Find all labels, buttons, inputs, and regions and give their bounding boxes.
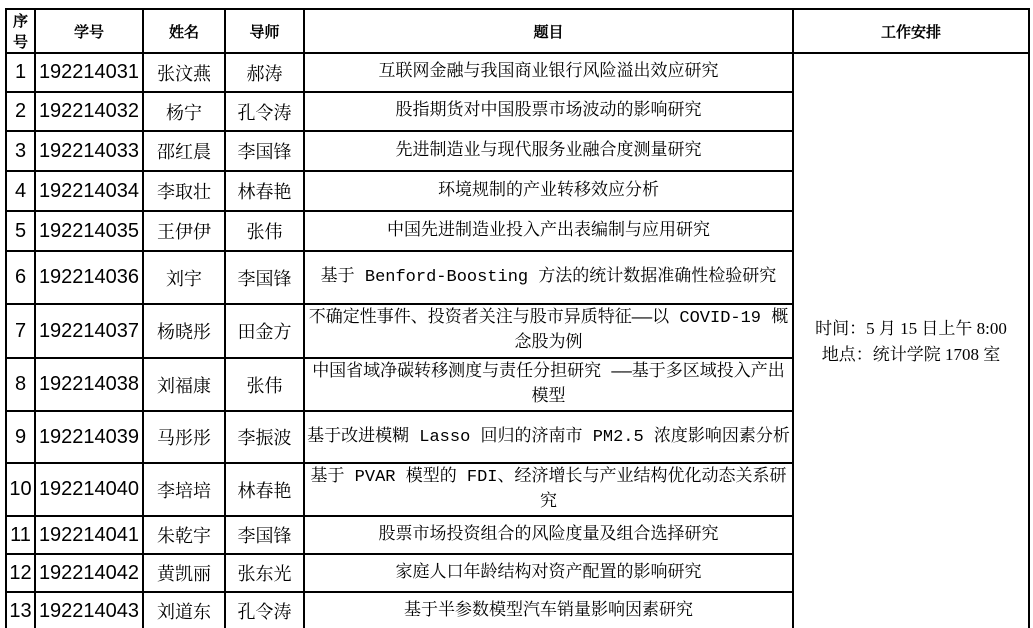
cell-no: 6 xyxy=(6,251,35,304)
cell-no: 7 xyxy=(6,304,35,358)
cell-advisor: 张东光 xyxy=(225,554,304,592)
cell-student-id: 192214036 xyxy=(35,251,143,304)
cell-name: 李取壮 xyxy=(143,171,225,211)
cell-thesis-title: 基于改进模糊 Lasso 回归的济南市 PM2.5 浓度影响因素分析 xyxy=(304,411,793,463)
cell-no: 11 xyxy=(6,516,35,554)
cell-student-id: 192214042 xyxy=(35,554,143,592)
header-work-arrangement: 工作安排 xyxy=(793,9,1029,53)
cell-student-id: 192214041 xyxy=(35,516,143,554)
cell-name: 刘宇 xyxy=(143,251,225,304)
defense-schedule-table: 序号 学号 姓名 导师 题目 工作安排 1 192214031 张汶燕 郝涛 互… xyxy=(5,8,1030,628)
work-time-line: 时间：5 月 15 日上午 8:00 xyxy=(796,316,1026,342)
cell-no: 5 xyxy=(6,211,35,251)
cell-name: 朱乾宇 xyxy=(143,516,225,554)
header-name: 姓名 xyxy=(143,9,225,53)
cell-name: 杨晓彤 xyxy=(143,304,225,358)
cell-name: 刘福康 xyxy=(143,358,225,411)
header-no: 序号 xyxy=(6,9,35,53)
cell-no: 3 xyxy=(6,131,35,171)
cell-student-id: 192214043 xyxy=(35,592,143,628)
cell-advisor: 孔令涛 xyxy=(225,92,304,131)
cell-student-id: 192214038 xyxy=(35,358,143,411)
cell-name: 张汶燕 xyxy=(143,53,225,92)
header-student-id: 学号 xyxy=(35,9,143,53)
cell-name: 王伊伊 xyxy=(143,211,225,251)
cell-no: 12 xyxy=(6,554,35,592)
cell-no: 8 xyxy=(6,358,35,411)
cell-thesis-title: 环境规制的产业转移效应分析 xyxy=(304,171,793,211)
header-row: 序号 学号 姓名 导师 题目 工作安排 xyxy=(6,9,1029,53)
cell-advisor: 张伟 xyxy=(225,211,304,251)
cell-name: 黄凯丽 xyxy=(143,554,225,592)
cell-no: 9 xyxy=(6,411,35,463)
cell-thesis-title: 不确定性事件、投资者关注与股市异质特征——以 COVID-19 概念股为例 xyxy=(304,304,793,358)
cell-thesis-title: 股指期货对中国股票市场波动的影响研究 xyxy=(304,92,793,131)
cell-name: 邵红晨 xyxy=(143,131,225,171)
cell-advisor: 郝涛 xyxy=(225,53,304,92)
cell-student-id: 192214031 xyxy=(35,53,143,92)
cell-thesis-title: 基于 Benford-Boosting 方法的统计数据准确性检验研究 xyxy=(304,251,793,304)
cell-thesis-title: 互联网金融与我国商业银行风险溢出效应研究 xyxy=(304,53,793,92)
cell-no: 2 xyxy=(6,92,35,131)
work-arrangement-cell: 时间：5 月 15 日上午 8:00 地点：统计学院 1708 室 xyxy=(793,53,1029,628)
cell-thesis-title: 家庭人口年龄结构对资产配置的影响研究 xyxy=(304,554,793,592)
cell-thesis-title: 中国省域净碳转移测度与责任分担研究 ——基于多区域投入产出模型 xyxy=(304,358,793,411)
cell-thesis-title: 先进制造业与现代服务业融合度测量研究 xyxy=(304,131,793,171)
cell-name: 李培培 xyxy=(143,463,225,516)
cell-student-id: 192214033 xyxy=(35,131,143,171)
cell-no: 13 xyxy=(6,592,35,628)
cell-thesis-title: 基于半参数模型汽车销量影响因素研究 xyxy=(304,592,793,628)
cell-name: 马彤彤 xyxy=(143,411,225,463)
cell-advisor: 林春艳 xyxy=(225,171,304,211)
cell-advisor: 李振波 xyxy=(225,411,304,463)
cell-thesis-title: 基于 PVAR 模型的 FDI、经济增长与产业结构优化动态关系研究 xyxy=(304,463,793,516)
cell-no: 10 xyxy=(6,463,35,516)
cell-student-id: 192214037 xyxy=(35,304,143,358)
work-location-line: 地点：统计学院 1708 室 xyxy=(796,342,1026,368)
document-page: 序号 学号 姓名 导师 题目 工作安排 1 192214031 张汶燕 郝涛 互… xyxy=(0,0,1033,628)
cell-name: 杨宁 xyxy=(143,92,225,131)
header-title: 题目 xyxy=(304,9,793,53)
cell-thesis-title: 中国先进制造业投入产出表编制与应用研究 xyxy=(304,211,793,251)
cell-advisor: 李国锋 xyxy=(225,131,304,171)
cell-advisor: 张伟 xyxy=(225,358,304,411)
cell-student-id: 192214032 xyxy=(35,92,143,131)
cell-advisor: 李国锋 xyxy=(225,251,304,304)
cell-no: 4 xyxy=(6,171,35,211)
header-advisor: 导师 xyxy=(225,9,304,53)
cell-name: 刘道东 xyxy=(143,592,225,628)
cell-thesis-title: 股票市场投资组合的风险度量及组合选择研究 xyxy=(304,516,793,554)
cell-advisor: 田金方 xyxy=(225,304,304,358)
cell-no: 1 xyxy=(6,53,35,92)
cell-student-id: 192214039 xyxy=(35,411,143,463)
cell-student-id: 192214035 xyxy=(35,211,143,251)
cell-advisor: 孔令涛 xyxy=(225,592,304,628)
table-row: 1 192214031 张汶燕 郝涛 互联网金融与我国商业银行风险溢出效应研究 … xyxy=(6,53,1029,92)
cell-student-id: 192214040 xyxy=(35,463,143,516)
cell-advisor: 李国锋 xyxy=(225,516,304,554)
cell-student-id: 192214034 xyxy=(35,171,143,211)
cell-advisor: 林春艳 xyxy=(225,463,304,516)
